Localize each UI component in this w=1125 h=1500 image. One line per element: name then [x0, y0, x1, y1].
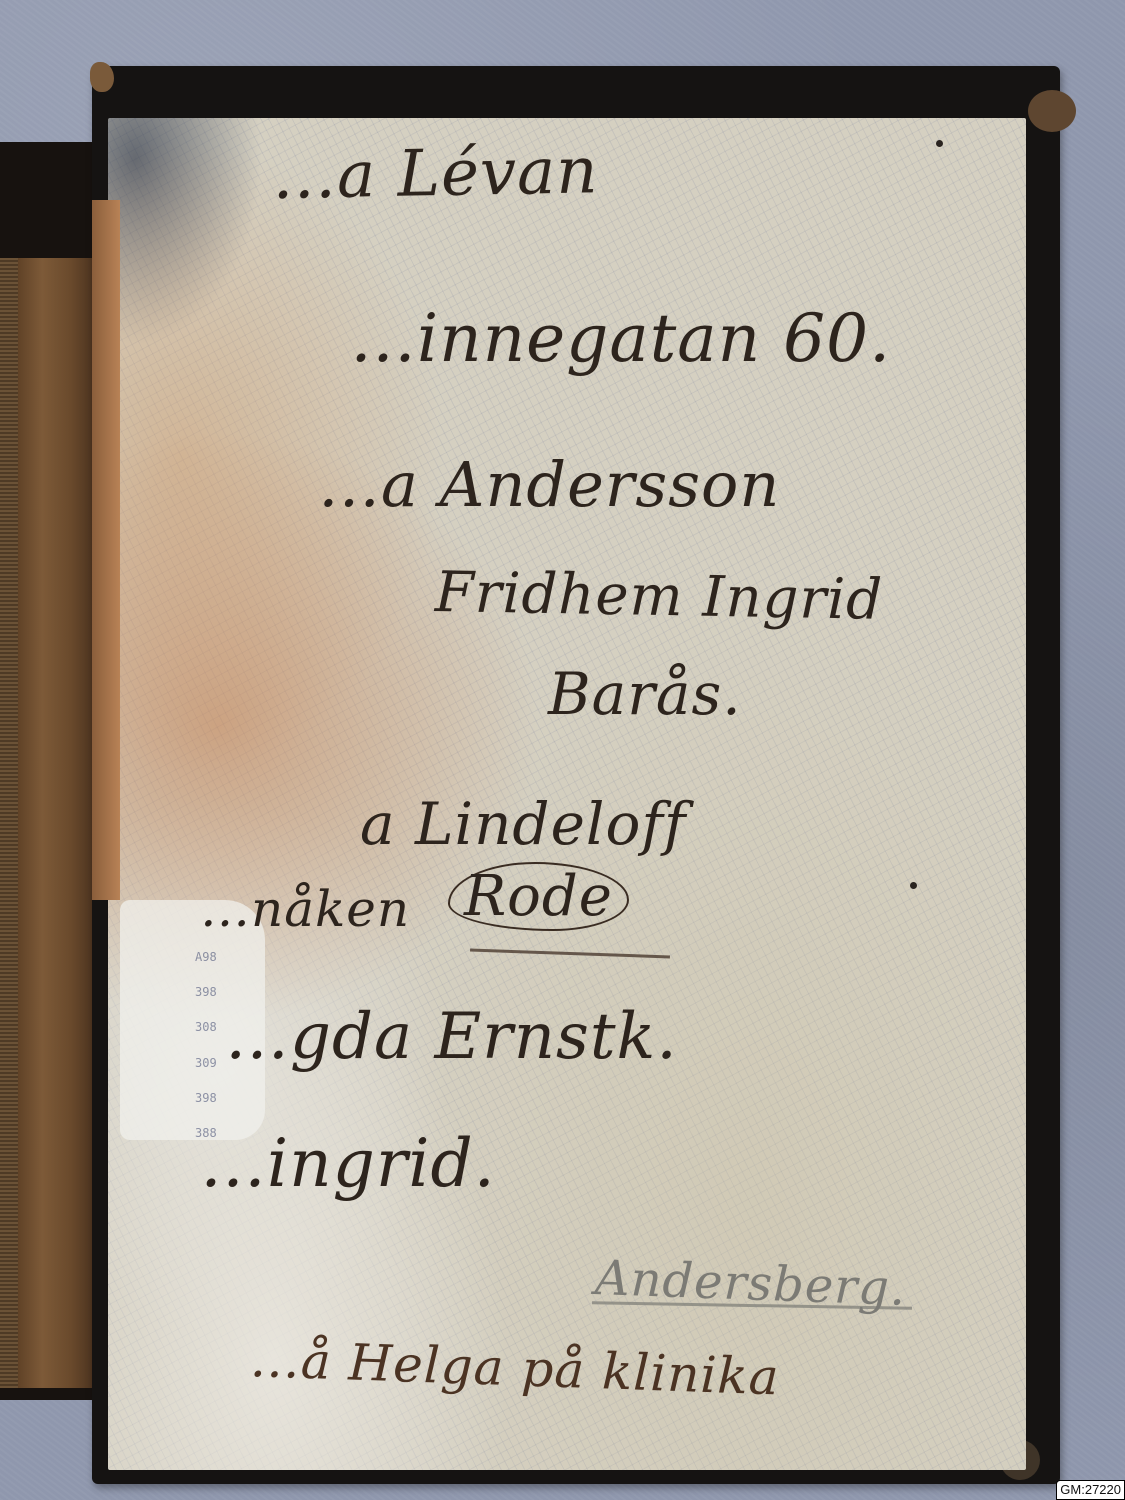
- handwriting-line-1: …a Lévan: [271, 134, 599, 214]
- frayed-corner-top-left: [90, 62, 114, 92]
- punch-hole: [910, 882, 917, 889]
- circled-word: Rode: [448, 862, 629, 931]
- catalog-number-label: GM:27220: [1056, 1480, 1125, 1500]
- handwriting-line-8: …gda Ernstk.: [225, 1000, 678, 1074]
- handwriting-circled-name: Rode: [448, 862, 629, 931]
- handwriting-line-6: a Lindeloff: [360, 790, 686, 858]
- handwriting-line-7: …nåken: [200, 880, 410, 938]
- handwriting-line-5: Barås.: [548, 660, 742, 728]
- photo-scene: A98 398 308 309 398 388 …a Lévan …innega…: [0, 0, 1125, 1500]
- punch-hole: [936, 140, 943, 147]
- handwriting-line-9: …ingrid.: [200, 1125, 496, 1202]
- handwriting-line-4: Fridhem Ingrid: [434, 560, 883, 633]
- faded-stamp-text: A98 398 308 309 398 388: [195, 950, 225, 1140]
- torn-page-edge: [92, 200, 120, 900]
- handwriting-line-2: …innegatan 60.: [350, 300, 891, 377]
- left-spine-cloth: [0, 258, 18, 1388]
- frayed-corner-top-right: [1028, 90, 1076, 132]
- handwriting-line-3: …a Andersson: [318, 448, 780, 521]
